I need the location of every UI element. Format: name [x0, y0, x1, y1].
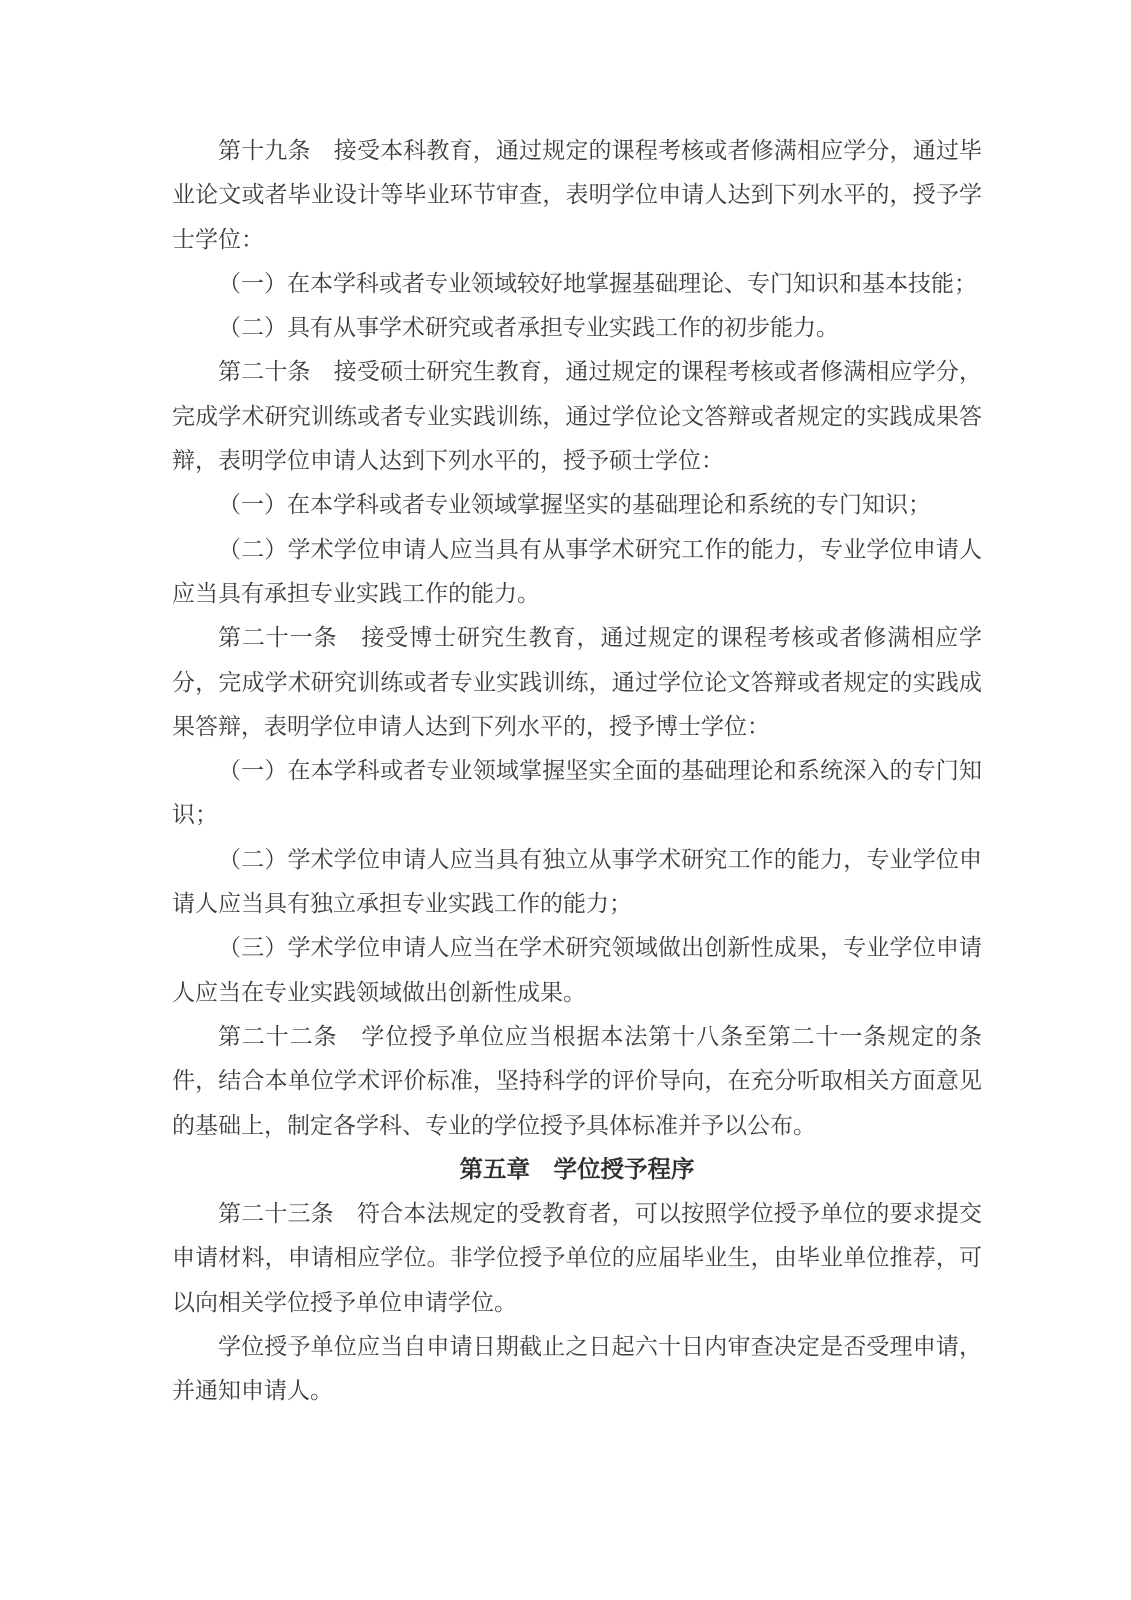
document-page: 第十九条 接受本科教育，通过规定的课程考核或者修满相应学分，通过毕业论文或者毕业…	[0, 0, 1131, 1600]
article-19-item-1: （一）在本学科或者专业领域较好地掌握基础理论、专门知识和基本技能；	[172, 262, 982, 306]
article-19-item-2: （二）具有从事学术研究或者承担专业实践工作的初步能力。	[172, 306, 982, 350]
article-20-text: 第二十条 接受硕士研究生教育，通过规定的课程考核或者修满相应学分，完成学术研究训…	[172, 350, 982, 483]
article-21-item-3: （三）学术学位申请人应当在学术研究领域做出创新性成果，专业学位申请人应当在专业实…	[172, 926, 982, 1015]
article-21-text: 第二十一条 接受博士研究生教育，通过规定的课程考核或者修满相应学分，完成学术研究…	[172, 616, 982, 749]
article-21-item-2: （二）学术学位申请人应当具有独立从事学术研究工作的能力，专业学位申请人应当具有独…	[172, 838, 982, 927]
article-23-paragraph-2: 学位授予单位应当自申请日期截止之日起六十日内审查决定是否受理申请，并通知申请人。	[172, 1325, 982, 1414]
article-20-item-1: （一）在本学科或者专业领域掌握坚实的基础理论和系统的专门知识；	[172, 483, 982, 527]
chapter-5-heading: 第五章 学位授予程序	[172, 1148, 982, 1192]
article-23-text: 第二十三条 符合本法规定的受教育者，可以按照学位授予单位的要求提交申请材料，申请…	[172, 1192, 982, 1325]
document-body: 第十九条 接受本科教育，通过规定的课程考核或者修满相应学分，通过毕业论文或者毕业…	[172, 129, 982, 1414]
article-20-item-2: （二）学术学位申请人应当具有从事学术研究工作的能力，专业学位申请人应当具有承担专…	[172, 528, 982, 617]
article-21-item-1: （一）在本学科或者专业领域掌握坚实全面的基础理论和系统深入的专门知识；	[172, 749, 982, 838]
article-22-text: 第二十二条 学位授予单位应当根据本法第十八条至第二十一条规定的条件，结合本单位学…	[172, 1015, 982, 1148]
article-19-text: 第十九条 接受本科教育，通过规定的课程考核或者修满相应学分，通过毕业论文或者毕业…	[172, 129, 982, 262]
